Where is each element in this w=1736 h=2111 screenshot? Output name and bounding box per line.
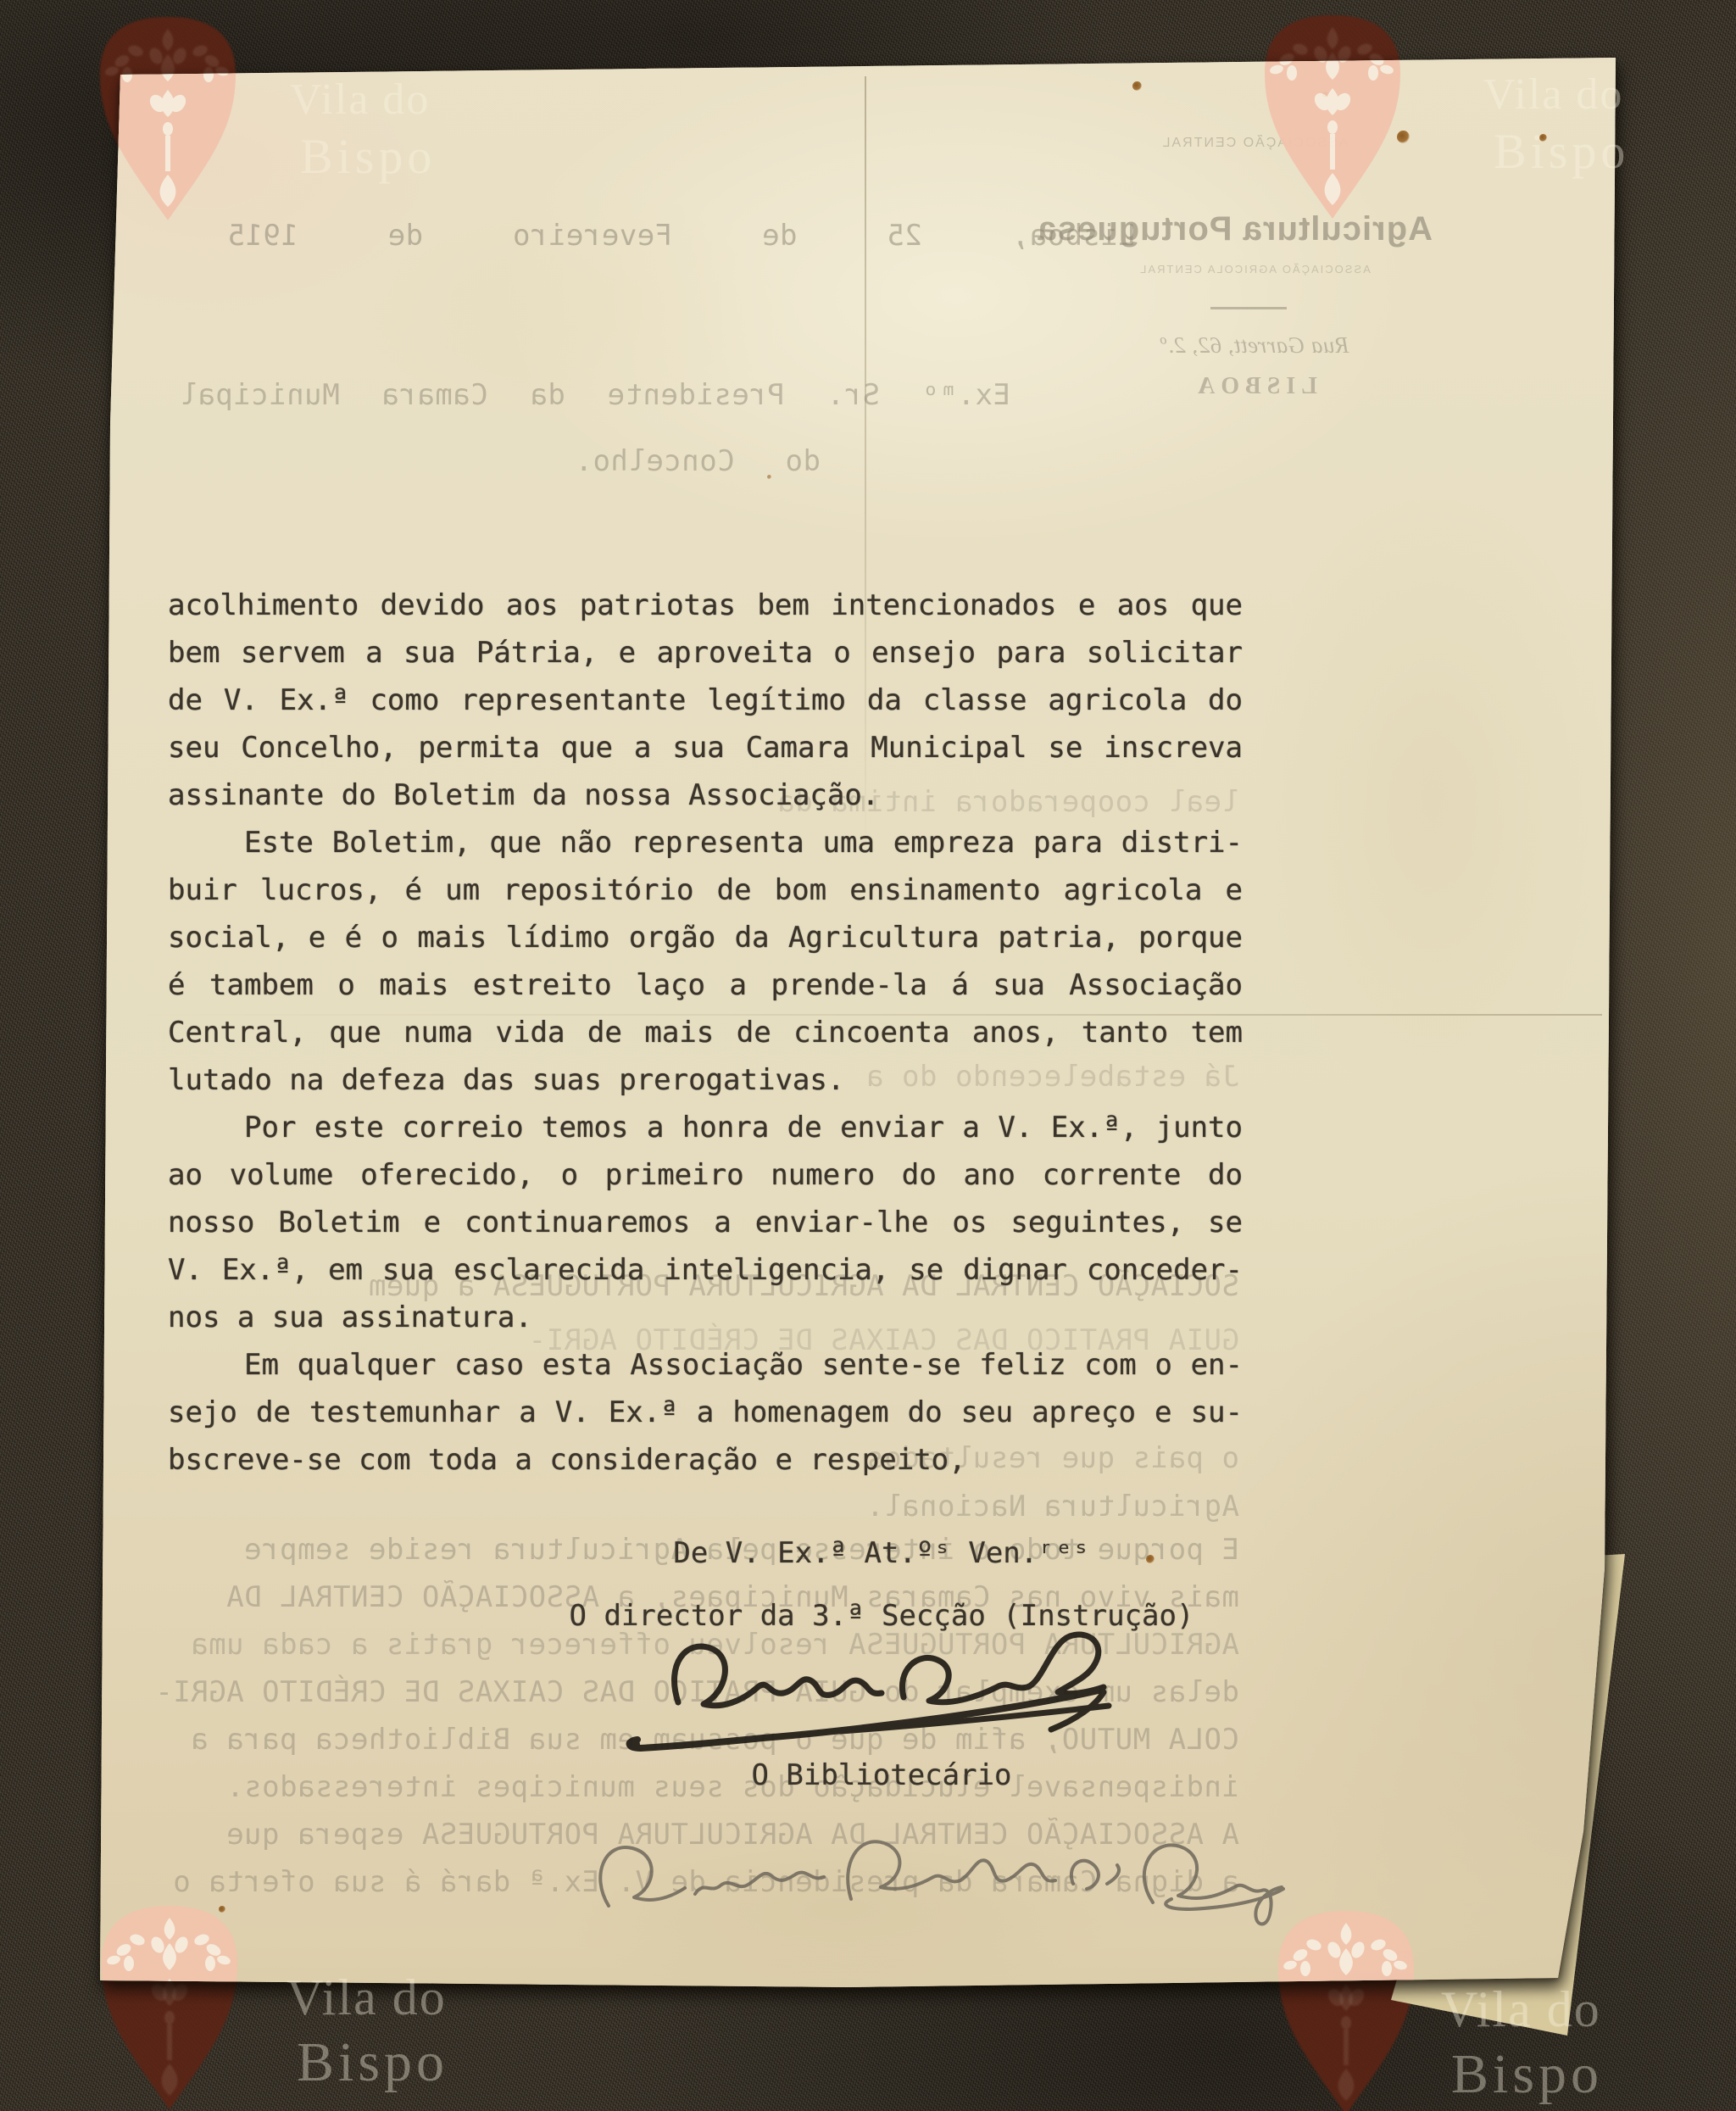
photographed-document-scan: ASSOCIAÇÃO CENTRALAgricultura Portuguesa… — [0, 0, 1736, 2111]
watermark-line2: Bispo — [1494, 123, 1629, 180]
watermark-vila-do-bispo: Vila do Bispo — [1483, 70, 1629, 180]
watermark-line1: Vila do — [1483, 70, 1629, 120]
watermark-line2: Bispo — [300, 128, 436, 185]
watermark-vila-do-bispo: Vila do Bispo — [1441, 1980, 1603, 2107]
watermark-layer: Vila do Bispo Vila do Bispo Vila do Bisp… — [0, 0, 1736, 2111]
watermark-vila-do-bispo: Vila do Bispo — [290, 75, 436, 185]
watermark-line1: Vila do — [287, 1969, 448, 2027]
watermark-vila-do-bispo: Vila do Bispo — [287, 1969, 448, 2095]
watermark-line1: Vila do — [1441, 1980, 1603, 2039]
watermark-line2: Bispo — [1451, 2042, 1603, 2107]
watermark-line1: Vila do — [290, 75, 436, 125]
watermark-line2: Bispo — [297, 2030, 448, 2095]
